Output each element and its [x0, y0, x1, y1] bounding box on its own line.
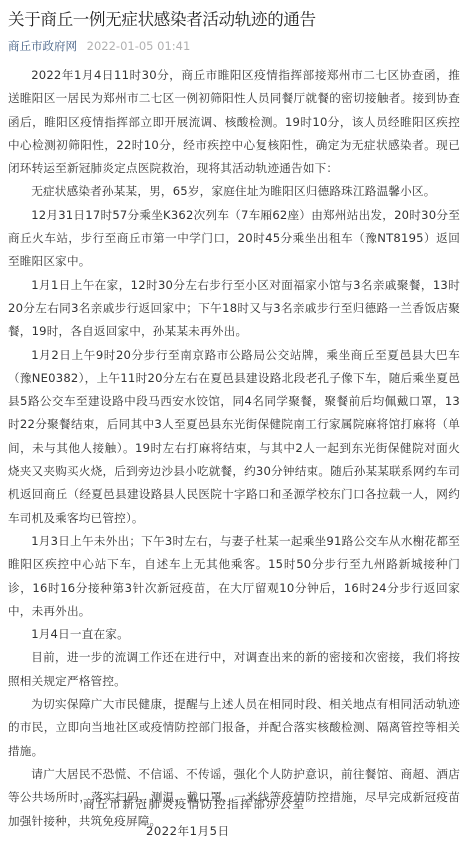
article-title: 关于商丘一例无症状感染者活动轨迹的通告: [8, 8, 316, 32]
paragraph-reminder: 为切实保障广大市民健康，提醒与上述人员在相同时段、相关地点有相同活动轨迹的市民，…: [8, 693, 460, 763]
article-publish-time: 2022-01-05 01:41: [87, 39, 191, 53]
paragraph-investigation: 目前，进一步的流调工作还在进行中，对调查出来的新的密接和次密接，我们将按照相关规…: [8, 646, 460, 693]
paragraph-case-info: 无症状感染者孙某某，男，65岁，家庭住址为睢阳区归德路珠江路温馨小区。: [8, 180, 460, 203]
paragraph-intro: 2022年1月4日11时30分，商丘市睢阳区疫情指挥部接郑州市二七区协查函，推送…: [8, 64, 460, 180]
paragraph-dec-31: 12月31日17时57分乘坐K362次列车（7车厢62座）由郑州站出发，20时3…: [8, 204, 460, 274]
paragraph-jan-3: 1月3日上午未外出；下午3时左右，与妻子杜某一起乘坐91路公交车从水榭花都至睢阳…: [8, 530, 460, 623]
paragraph-jan-4: 1月4日一直在家。: [8, 623, 460, 646]
article-meta: 商丘市政府网 2022-01-05 01:41: [8, 38, 190, 54]
paragraph-jan-2: 1月2日上午9时20分步行至南京路市公路局公交站牌，乘坐商丘至夏邑县大巴车（豫N…: [8, 344, 460, 530]
article-body: 2022年1月4日11时30分，商丘市睢阳区疫情指挥部接郑州市二七区协查函，推送…: [8, 64, 460, 833]
signature-organization: 商丘市新冠肺炎疫情防控指挥部办公室: [83, 796, 306, 812]
signature-date: 2022年1月5日: [146, 823, 230, 839]
paragraph-jan-1: 1月1日上午在家，12时30分左右步行至小区对面福家小馆与3名亲戚聚餐，13时2…: [8, 274, 460, 344]
article-source-link[interactable]: 商丘市政府网: [8, 39, 77, 53]
